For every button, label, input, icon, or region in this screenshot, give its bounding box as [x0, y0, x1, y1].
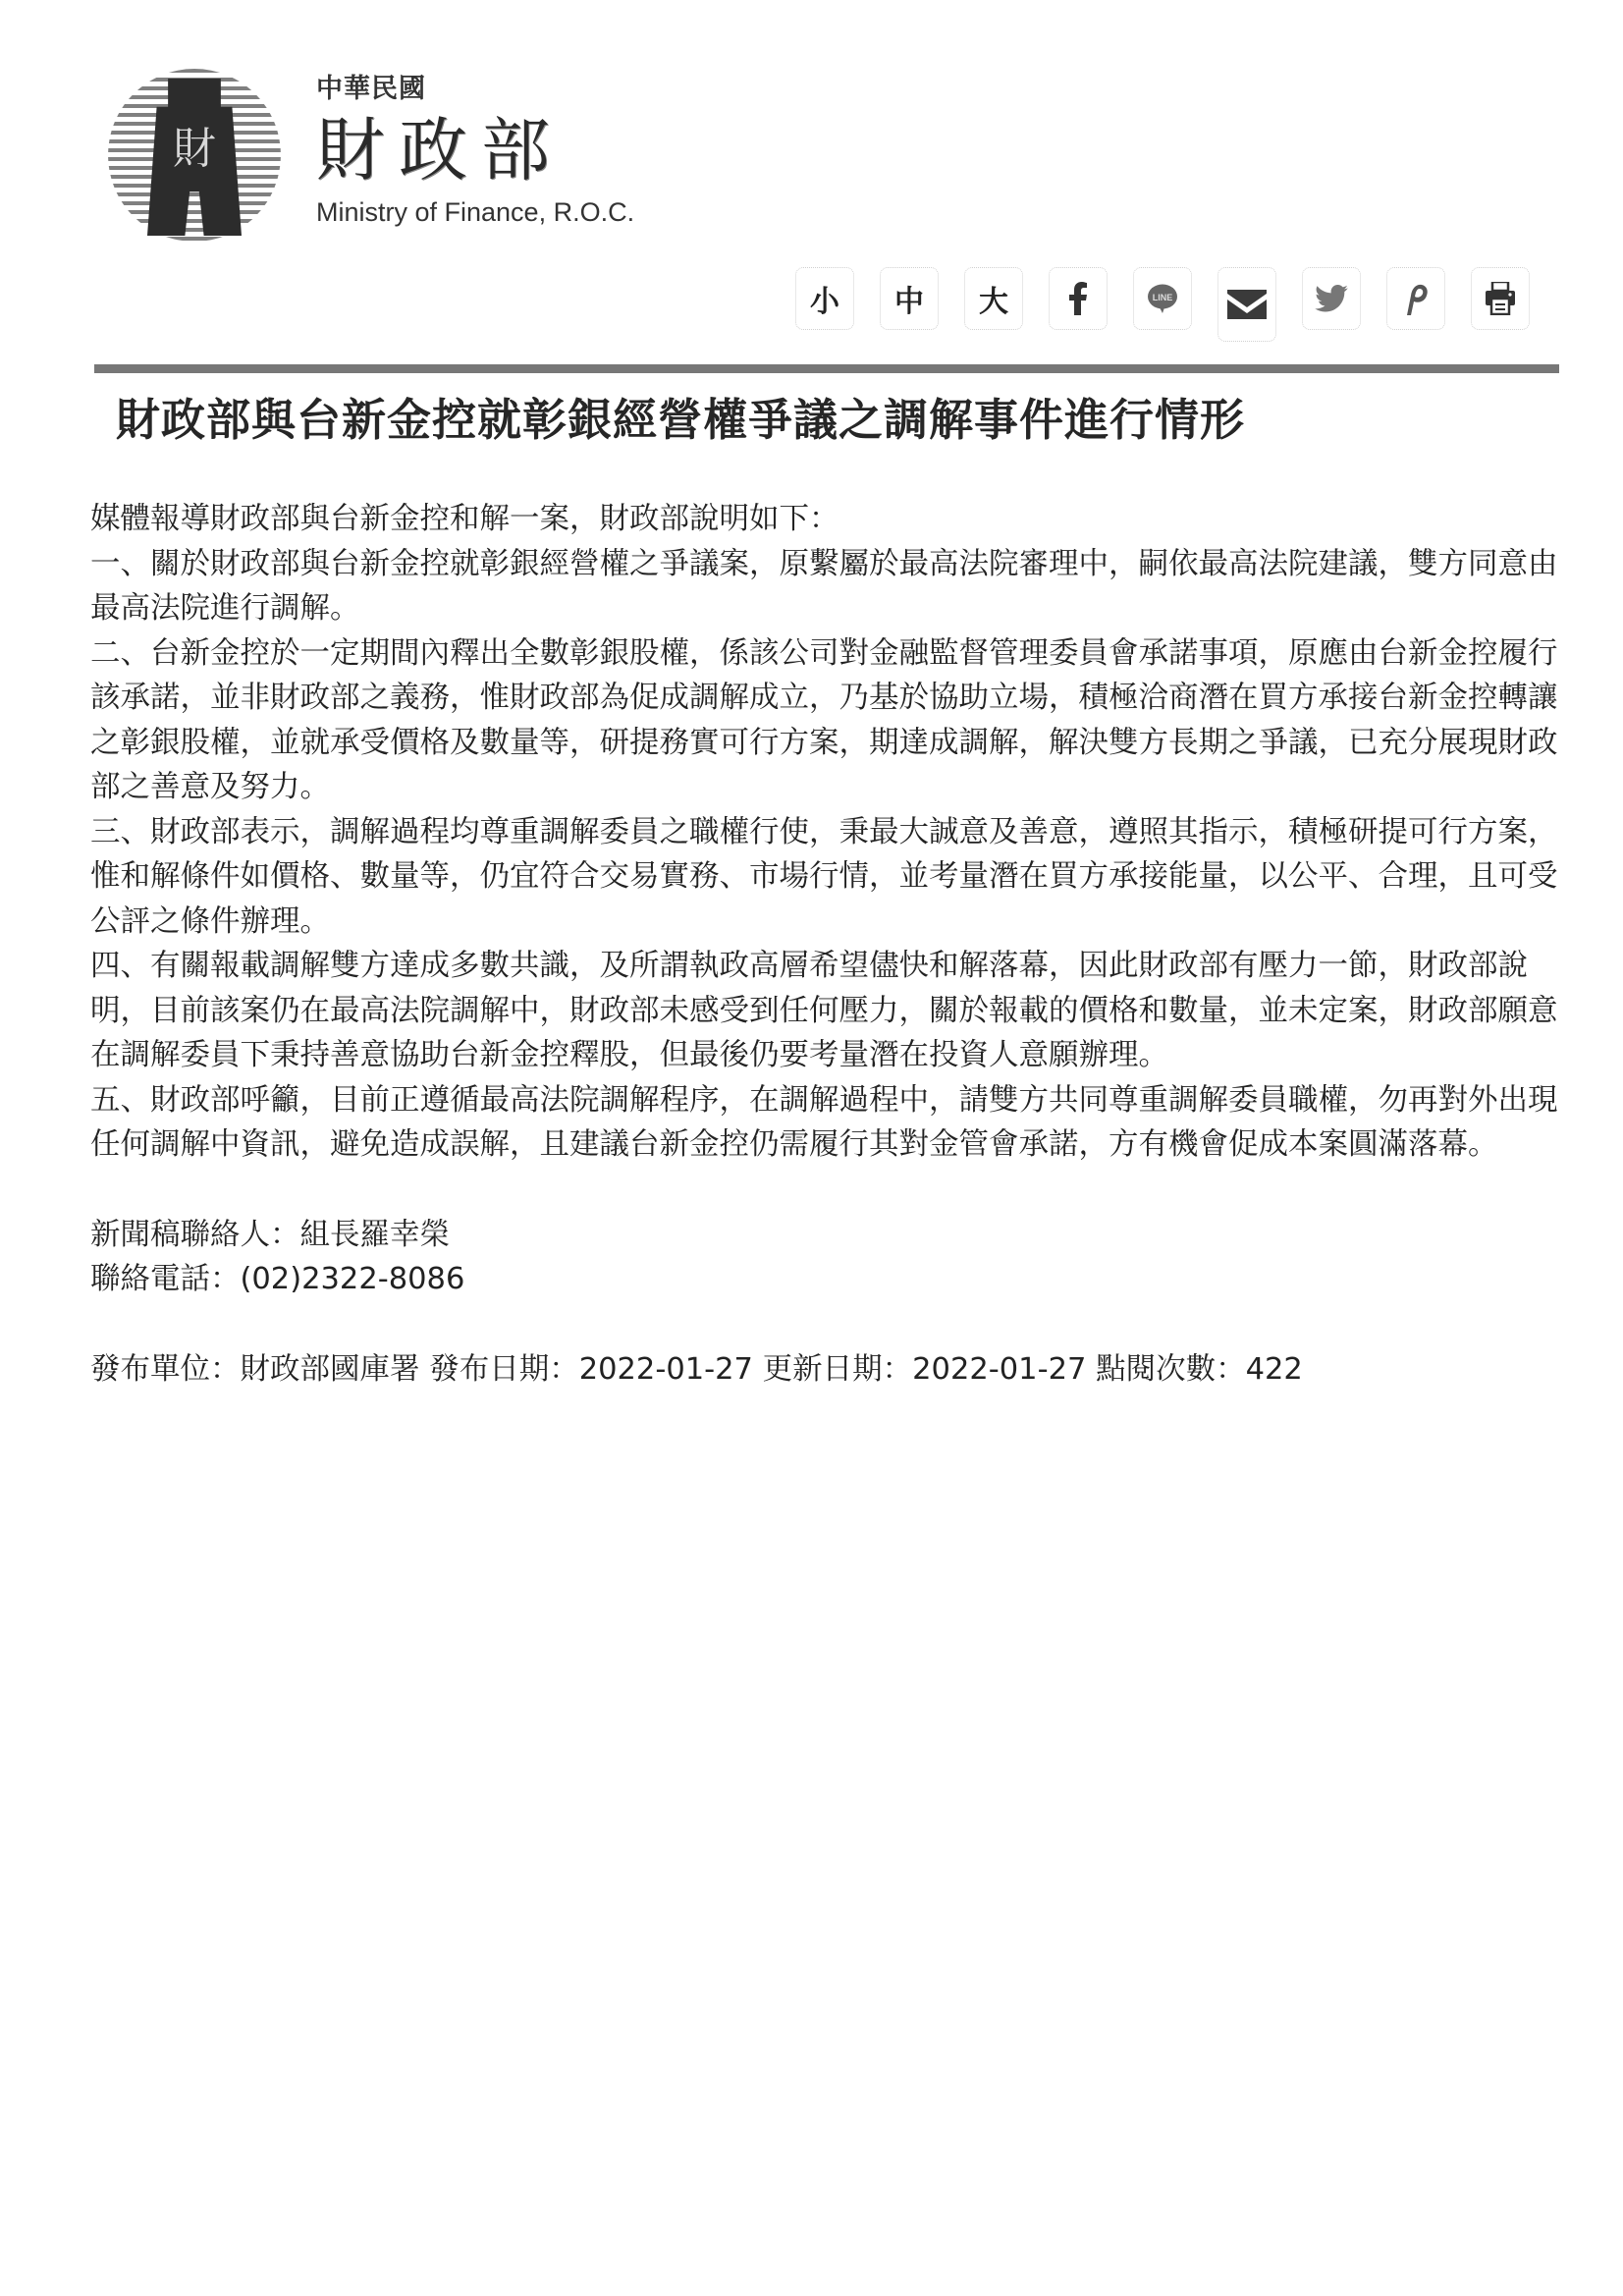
font-size-large-button[interactable]: 大 [964, 267, 1023, 330]
share-email-button[interactable] [1217, 267, 1276, 342]
article-item-1: 一、關於財政部與台新金控就彰銀經營權之爭議案，原繫屬於最高法院審理中，嗣依最高法… [90, 542, 1563, 631]
svg-text:LINE: LINE [1153, 293, 1173, 302]
contact-phone: 聯絡電話：(02)2322-8086 [90, 1257, 1563, 1302]
ministry-logo[interactable]: 財 [108, 69, 285, 246]
font-size-small-button[interactable]: 小 [795, 267, 854, 330]
article-item-5: 五、財政部呼籲，目前正遵循最高法院調解程序，在調解過程中，請雙方共同尊重調解委員… [90, 1078, 1563, 1168]
share-line-button[interactable]: LINE [1133, 267, 1192, 330]
publish-meta: 發布單位：財政部國庫署 發布日期：2022-01-27 更新日期：2022-01… [90, 1347, 1563, 1393]
article-item-3: 三、財政部表示，調解過程均尊重調解委員之職權行使，秉最大誠意及善意，遵照其指示，… [90, 810, 1563, 945]
email-icon [1227, 290, 1267, 319]
plurk-icon [1403, 282, 1429, 315]
article-intro: 媒體報導財政部與台新金控和解一案，財政部說明如下： [90, 497, 1563, 542]
article-body: 媒體報導財政部與台新金控和解一案，財政部說明如下： 一、關於財政部與台新金控就彰… [90, 497, 1563, 1392]
brand-block[interactable]: 中華民國 財政部 Ministry of Finance, R.O.C. [316, 67, 634, 228]
font-size-small-label: 小 [810, 277, 839, 320]
twitter-icon [1315, 285, 1348, 312]
line-icon: LINE [1146, 282, 1179, 315]
share-facebook-button[interactable] [1049, 267, 1108, 330]
brand-country: 中華民國 [316, 67, 634, 105]
share-plurk-button[interactable] [1386, 267, 1445, 330]
article-title: 財政部與台新金控就彰銀經營權爭議之調解事件進行情形 [116, 391, 1245, 450]
article-item-2: 二、台新金控於一定期間內釋出全數彰銀股權，係該公司對金融監督管理委員會承諾事項，… [90, 631, 1563, 810]
printer-icon [1486, 282, 1515, 315]
share-twitter-button[interactable] [1302, 267, 1361, 330]
header-divider [94, 364, 1559, 373]
font-size-medium-label: 中 [894, 277, 924, 320]
article-item-4: 四、有關報載調解雙方達成多數共識，及所謂執政高層希望儘快和解落幕，因此財政部有壓… [90, 944, 1563, 1078]
article-toolbar: 小 中 大 LINE [795, 267, 1530, 342]
contact-person: 新聞稿聯絡人：組長羅幸榮 [90, 1213, 1563, 1258]
print-button[interactable] [1471, 267, 1530, 330]
brand-name-english: Ministry of Finance, R.O.C. [316, 197, 634, 228]
facebook-icon [1068, 282, 1088, 315]
font-size-medium-button[interactable]: 中 [880, 267, 939, 330]
font-size-large-label: 大 [979, 277, 1008, 320]
logo-glyph: 財 [165, 128, 224, 171]
brand-name: 財政部 [316, 109, 634, 191]
